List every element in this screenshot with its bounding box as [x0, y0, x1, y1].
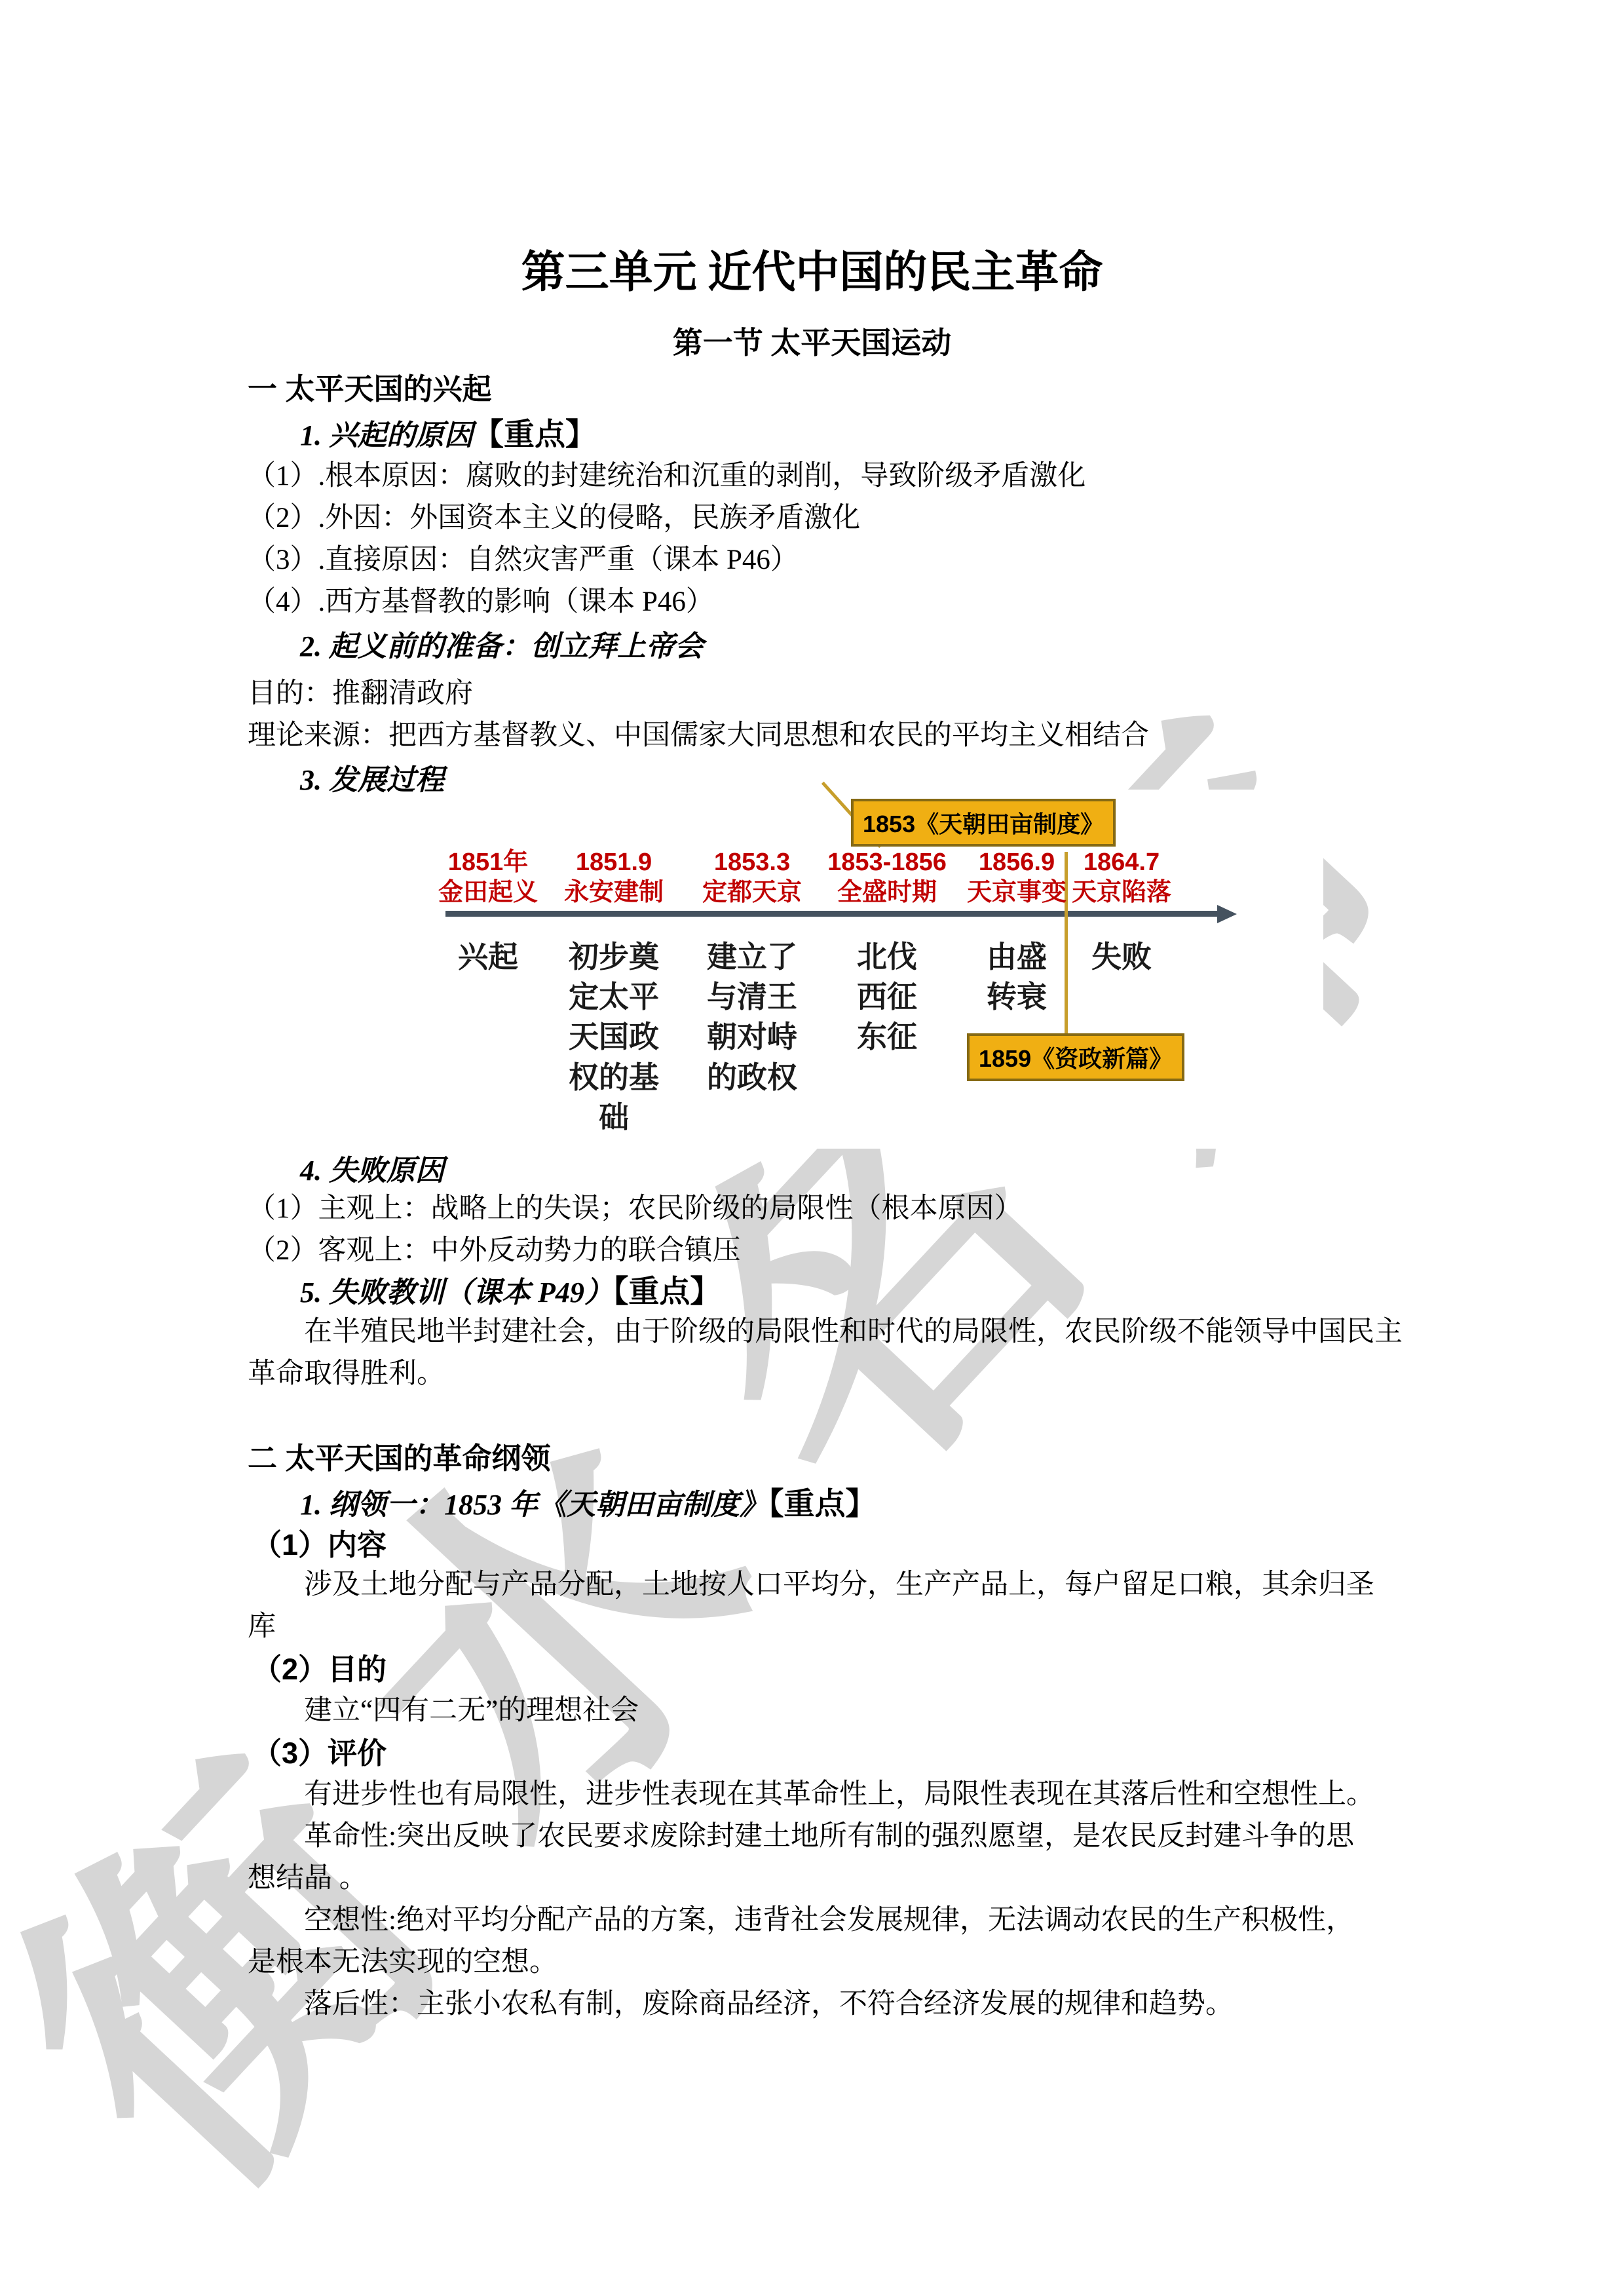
lesson-line: 在半殖民地半封建社会，由于阶级的局限性和时代的局限性，农民阶级不能领导中国民主: [304, 1316, 1403, 1348]
evaluation-line: 有进步性也有局限性，进步性表现在其革命性上，局限性表现在其落后性和空想性上。: [304, 1778, 1374, 1810]
evaluation-line: 想结晶 。: [248, 1862, 368, 1894]
cause-line: （3）.直接原因：自然灾害严重（课本 P46）: [248, 544, 799, 576]
timeline-date-text: 1853-1856: [827, 847, 947, 877]
page-subtitle: 第一节 太平天国运动: [0, 326, 1624, 361]
cause-line: （2）.外因：外国资本主义的侵略，民族矛盾激化: [248, 502, 860, 534]
timeline-date: 1853-1856 全盛时期: [827, 847, 947, 908]
timeline-date: 1864.7 天京陷落: [1072, 847, 1171, 908]
content-line: 库: [248, 1611, 276, 1643]
cause-line: （4）.西方基督教的影响（课本 P46）: [248, 586, 714, 618]
section2-heading: 二 太平天国的革命纲领: [248, 1442, 551, 1476]
section1-item4-heading: 4. 失败原因: [300, 1155, 444, 1188]
content-line: 涉及土地分配与产品分配，土地按人口平均分，生产产品上，每户留足口粮，其余归圣: [304, 1569, 1374, 1601]
section2-item1-title: 1. 纲领一：1853 年《天朝田亩制度》: [300, 1489, 768, 1521]
key-point-tag: 【重点】: [768, 1486, 877, 1521]
timeline-date-text: 1851.9: [564, 847, 664, 877]
timeline-date: 1856.9 天京事变: [967, 847, 1067, 908]
timeline-phase: 北伐西征东征: [856, 937, 918, 1058]
fail-reason-line: （2）客观上：中外反动势力的联合镇压: [248, 1234, 741, 1267]
section1-item1-title: 1. 兴起的原因: [300, 419, 473, 451]
timeline-date: 1853.3 定都天京: [702, 847, 802, 908]
timeline-date-text: 1853.3: [702, 847, 802, 877]
timeline-phase: 失败: [1091, 937, 1152, 977]
section1-heading: 一 太平天国的兴起: [248, 372, 492, 406]
timeline-axis: [445, 911, 1218, 917]
timeline-date-text: 1864.7: [1072, 847, 1171, 877]
subhead-content: （1）内容: [252, 1528, 387, 1562]
key-point-tag: 【重点】: [613, 1274, 721, 1309]
section1-item5-heading: 5. 失败教训（课本 P49）【重点】: [300, 1274, 721, 1310]
timeline-event-text: 定都天京: [702, 877, 802, 908]
timeline-event-text: 全盛时期: [827, 877, 947, 908]
timeline-date: 1851年 金田起义: [438, 847, 538, 908]
document-page: { "watermark": { "text": "衡水名师", "color"…: [0, 0, 1624, 2296]
section2-item1-heading: 1. 纲领一：1853 年《天朝田亩制度》【重点】: [300, 1486, 877, 1522]
timeline-phase: 由盛转衰: [985, 937, 1048, 1017]
section1-item5-title: 5. 失败教训（课本 P49）: [300, 1276, 613, 1309]
evaluation-line: 革命性:突出反映了农民要求废除封建土地所有制的强烈愿望，是农民反封建斗争的思: [304, 1820, 1354, 1852]
timeline-phase: 兴起: [458, 937, 518, 977]
timeline-callout-1859: 1859《资政新篇》: [967, 1033, 1184, 1081]
timeline-callout-1853: 1853《天朝田亩制度》: [851, 799, 1116, 847]
timeline-diagram: 1853《天朝田亩制度》 1859《资政新篇》 1851年 金田起义 1851.…: [367, 790, 1323, 1149]
page-title: 第三单元 近代中国的民主革命: [0, 248, 1624, 298]
key-point-tag: 【重点】: [473, 417, 596, 451]
timeline-date: 1851.9 永安建制: [564, 847, 664, 908]
timeline-event-text: 天京事变: [967, 877, 1067, 908]
evaluation-line: 是根本无法实现的空想。: [248, 1946, 557, 1978]
section1-item2-heading: 2. 起义前的准备：创立拜上帝会: [300, 630, 704, 664]
evaluation-line: 落后性：主张小农私有制，废除商品经济，不符合经济发展的规律和趋势。: [304, 1988, 1234, 2020]
timeline-event-text: 天京陷落: [1072, 877, 1171, 908]
fail-reason-line: （1）主观上：战略上的失误；农民阶级的局限性（根本原因）: [248, 1193, 1023, 1225]
evaluation-line: 空想性:绝对平均分配产品的方案，违背社会发展规律，无法调动农民的生产积极性，: [304, 1904, 1354, 1936]
section1-item3-heading: 3. 发展过程: [300, 764, 444, 797]
section1-item1-heading: 1. 兴起的原因【重点】: [300, 417, 596, 453]
subhead-purpose: （2）目的: [252, 1653, 387, 1687]
lesson-line: 革命取得胜利。: [248, 1358, 445, 1390]
timeline-date-text: 1856.9: [967, 847, 1067, 877]
timeline-event-text: 永安建制: [564, 877, 664, 908]
timeline-phase: 建立了与清王朝对峙的政权: [706, 937, 799, 1098]
purpose-line: 目的：推翻清政府: [248, 678, 473, 710]
timeline-event-text: 金田起义: [438, 877, 538, 908]
purpose-line: 建立“四有二无”的理想社会: [304, 1694, 639, 1727]
subhead-evaluation: （3）评价: [252, 1736, 387, 1770]
timeline-phase: 初步奠定太平天国政权的基础: [567, 937, 660, 1138]
timeline-arrowhead-icon: [1217, 905, 1237, 923]
theory-line: 理论来源：把西方基督教义、中国儒家大同思想和农民的平均主义相结合: [248, 719, 1149, 752]
timeline-date-text: 1851年: [438, 847, 538, 877]
cause-line: （1）.根本原因：腐败的封建统治和沉重的剥削，导致阶级矛盾激化: [248, 460, 1086, 492]
